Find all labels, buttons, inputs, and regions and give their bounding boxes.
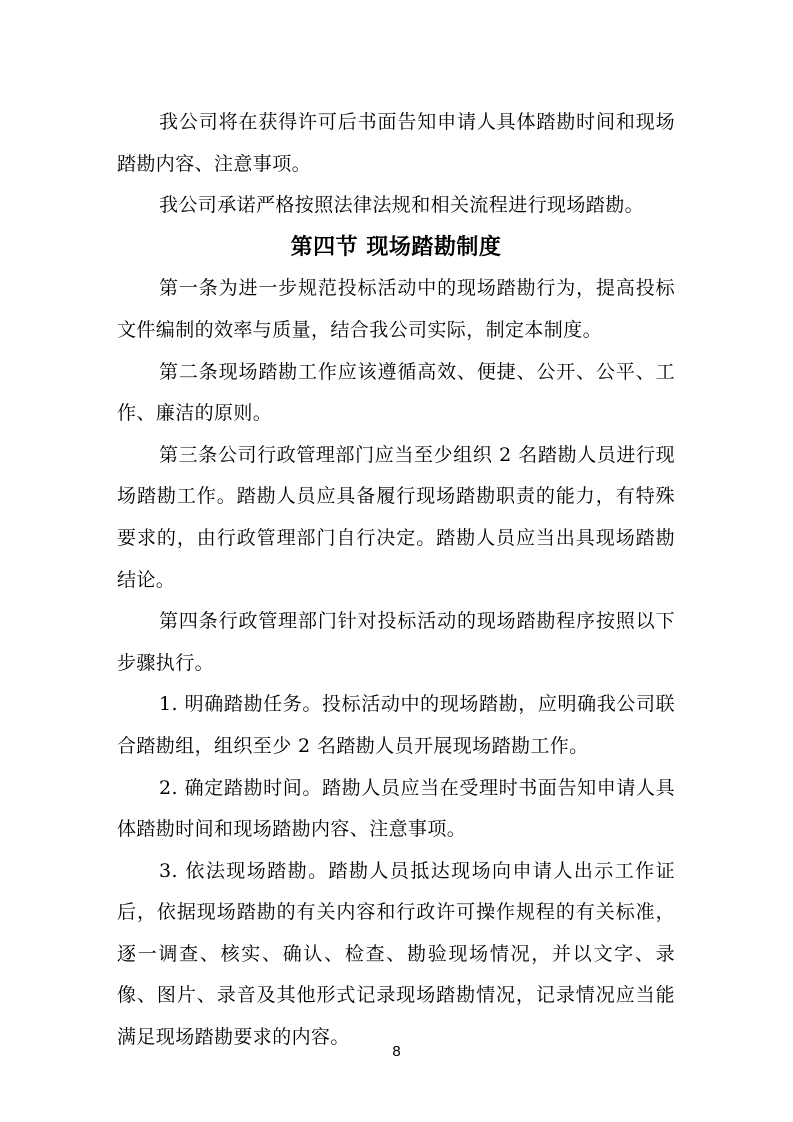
document-page: 我公司将在获得许可后书面告知申请人具体踏勘时间和现场踏勘内容、注意事项。 我公司…: [0, 0, 793, 1122]
step-1: 1. 明确踏勘任务。投标活动中的现场踏勘，应明确我公司联合踏勘组，组织至少 2 …: [117, 684, 675, 767]
step-2: 2. 确定踏勘时间。踏勘人员应当在受理时书面告知申请人具体踏勘时间和现场踏勘内容…: [117, 768, 675, 851]
article-1: 第一条为进一步规范投标活动中的现场踏勘行为，提高投标文件编制的效率与质量，结合我…: [117, 268, 675, 351]
section-heading: 第四节 现场踏勘制度: [117, 227, 675, 269]
page-number: 8: [0, 1043, 793, 1060]
page-content: 我公司将在获得许可后书面告知申请人具体踏勘时间和现场踏勘内容、注意事项。 我公司…: [117, 102, 675, 1059]
article-2: 第二条现场踏勘工作应该遵循高效、便捷、公开、公平、工作、廉洁的原则。: [117, 352, 675, 435]
article-4: 第四条行政管理部门针对投标活动的现场踏勘程序按照以下步骤执行。: [117, 601, 675, 684]
paragraph-notice: 我公司将在获得许可后书面告知申请人具体踏勘时间和现场踏勘内容、注意事项。: [117, 102, 675, 185]
paragraph-commitment: 我公司承诺严格按照法律法规和相关流程进行现场踏勘。: [117, 185, 675, 227]
step-3: 3. 依法现场踏勘。踏勘人员抵达现场向申请人出示工作证后，依据现场踏勘的有关内容…: [117, 851, 675, 1059]
article-3: 第三条公司行政管理部门应当至少组织 2 名踏勘人员进行现场踏勘工作。踏勘人员应具…: [117, 435, 675, 601]
